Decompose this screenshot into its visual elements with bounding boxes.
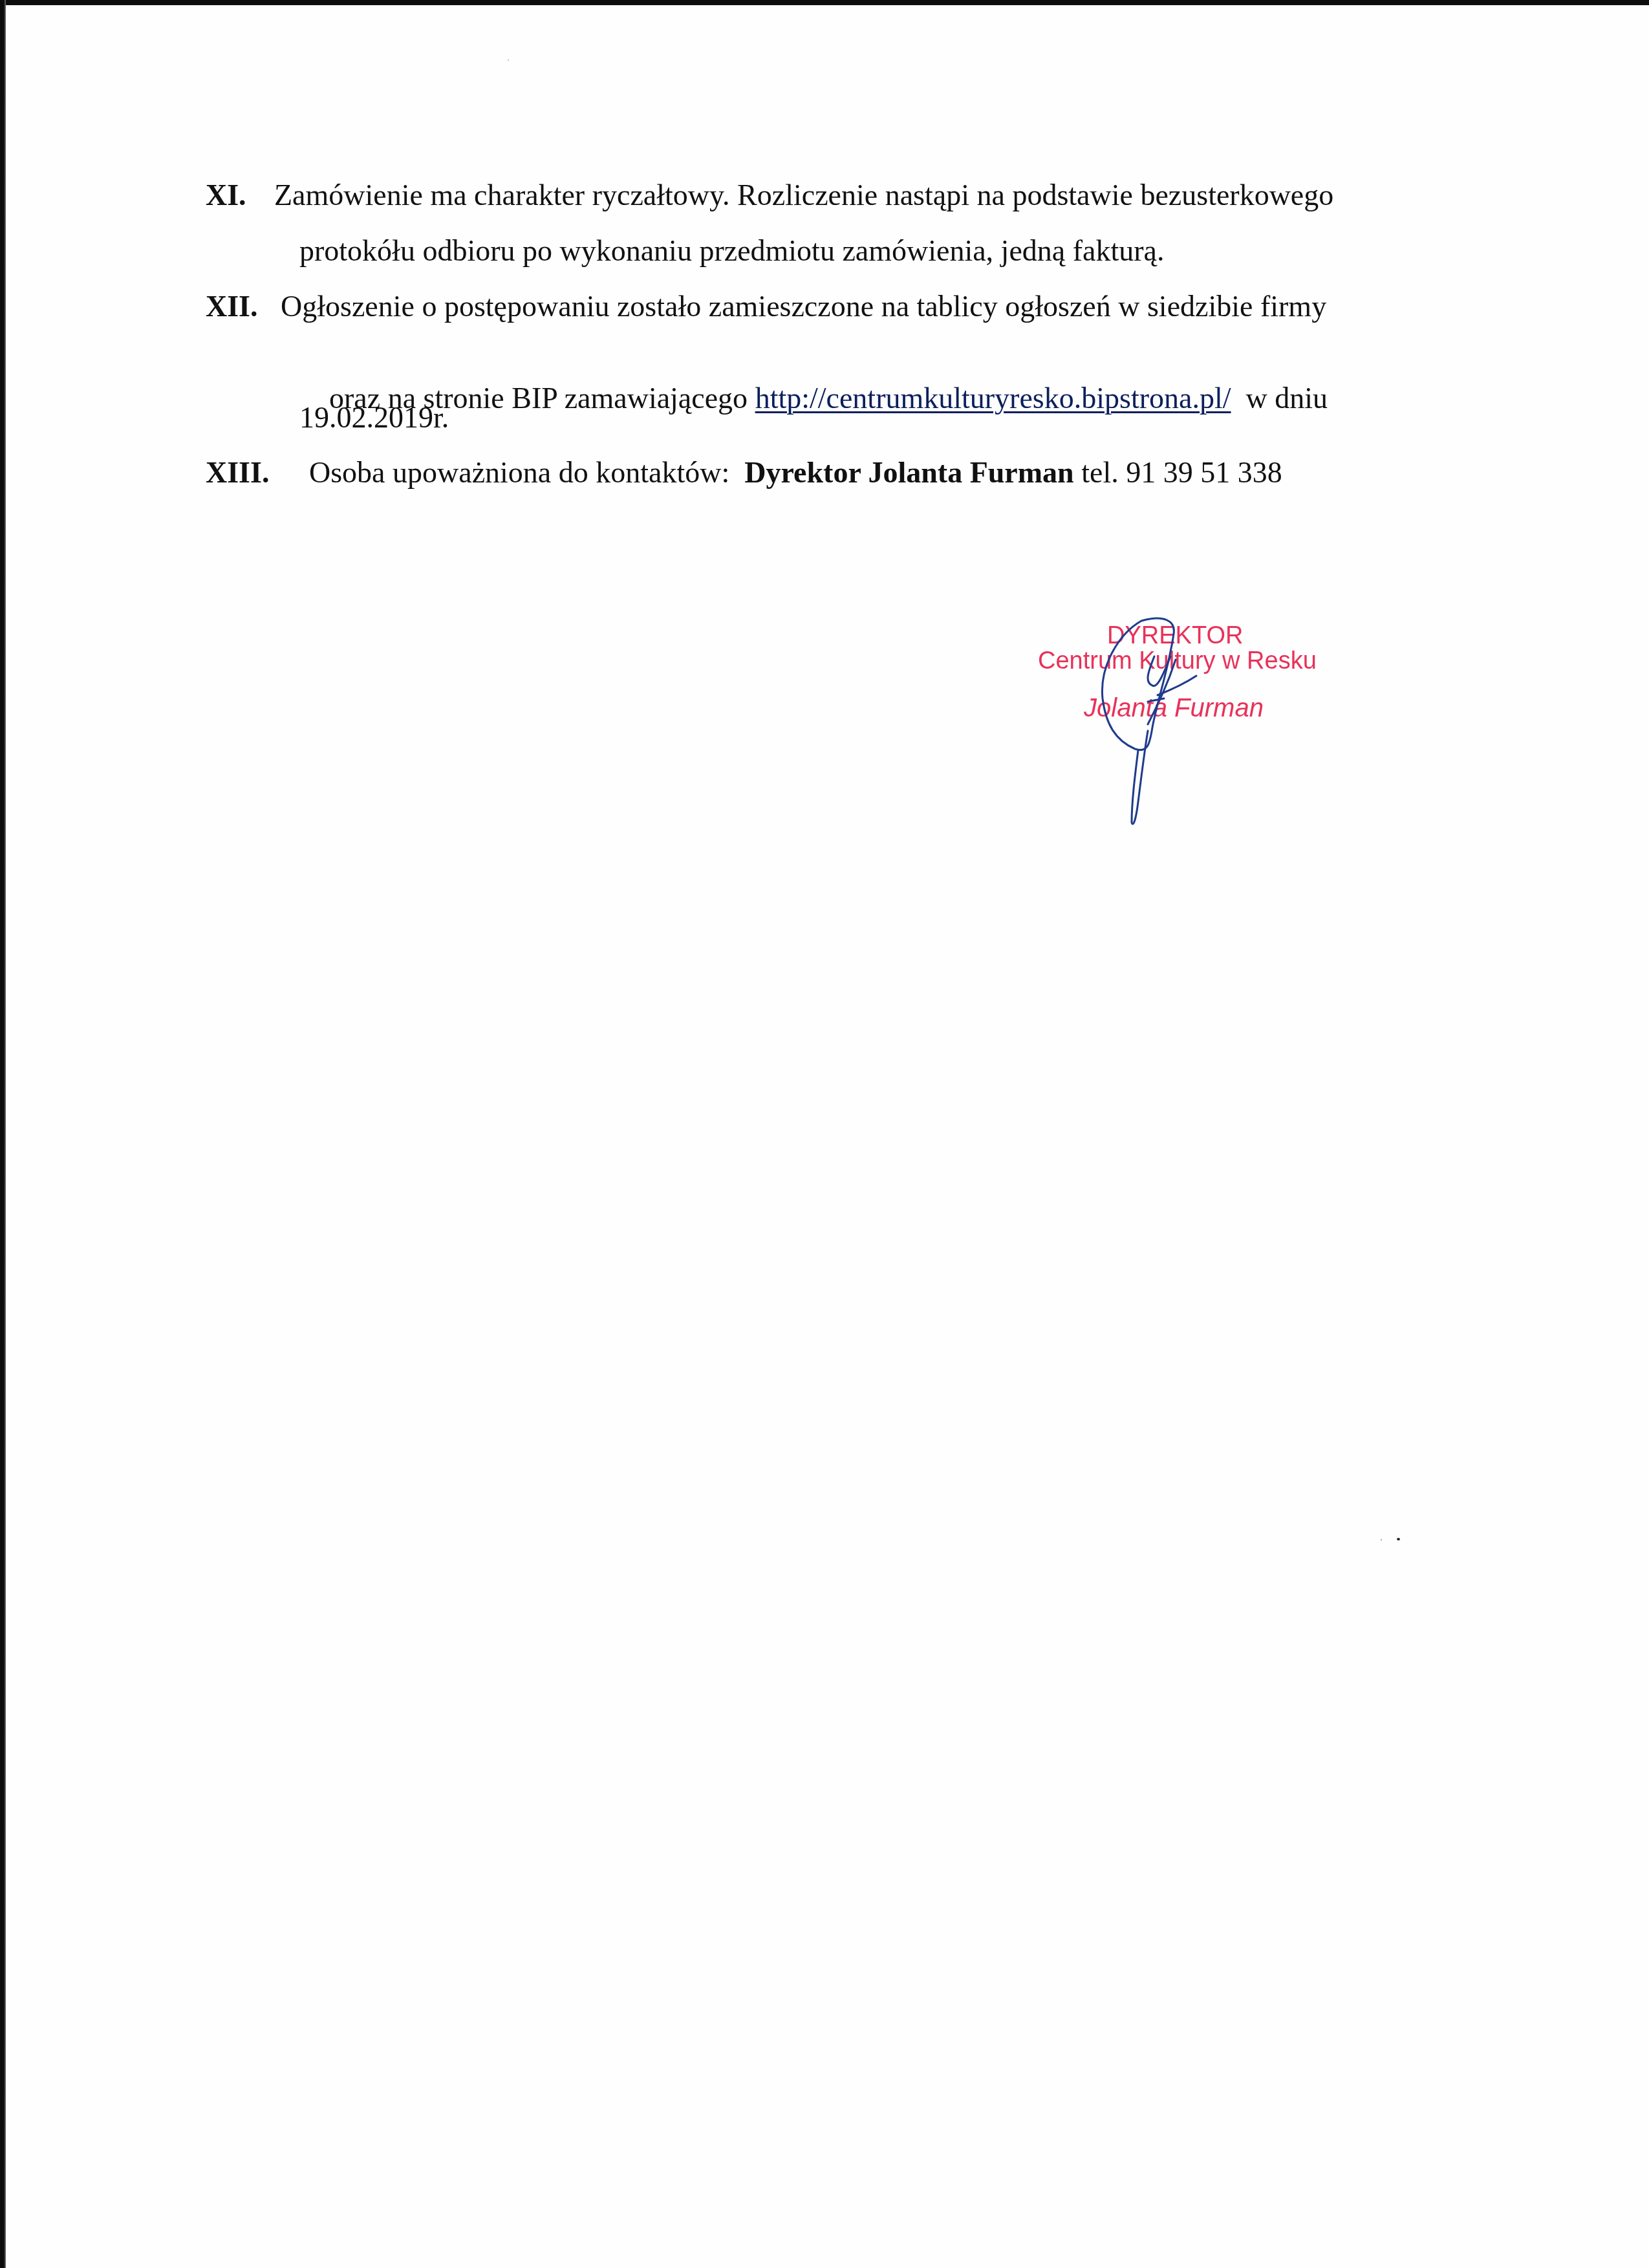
item-xi-text-1: Zamówienie ma charakter ryczałtowy. Rozl… (274, 177, 1333, 213)
item-number-xi: XI. (206, 177, 246, 213)
contact-person: Dyrektor Jolanta Furman (744, 456, 1073, 489)
scan-border-left (0, 0, 6, 2268)
item-xi-text-2: protokółu odbioru po wykonaniu przedmiot… (299, 233, 1164, 269)
stamp-institution: Centrum Kultury w Resku (1038, 647, 1317, 675)
contact-label: Osoba upoważniona do kontaktów: (309, 456, 744, 489)
stamp-name: Jolanta Furman (1084, 694, 1264, 723)
item-number-xiii: XIII. (206, 455, 269, 491)
stamp-title: DYREKTOR (1107, 622, 1243, 650)
scan-border-top (0, 0, 1649, 5)
item-xii-text-1: Ogłoszenie o postępowaniu zostało zamies… (281, 288, 1326, 325)
scan-speck (508, 59, 509, 61)
scan-speck (1381, 1539, 1382, 1540)
announcement-date: 19.02.2019r. (299, 400, 449, 436)
scan-speck (1397, 1538, 1400, 1540)
item-xii-text-2-suffix: w dniu (1231, 382, 1328, 415)
bip-link[interactable]: http://centrumkulturyresko.bipstrona.pl/ (755, 382, 1231, 415)
item-number-xii: XII. (206, 288, 258, 325)
contact-phone: tel. 91 39 51 338 (1074, 456, 1282, 489)
